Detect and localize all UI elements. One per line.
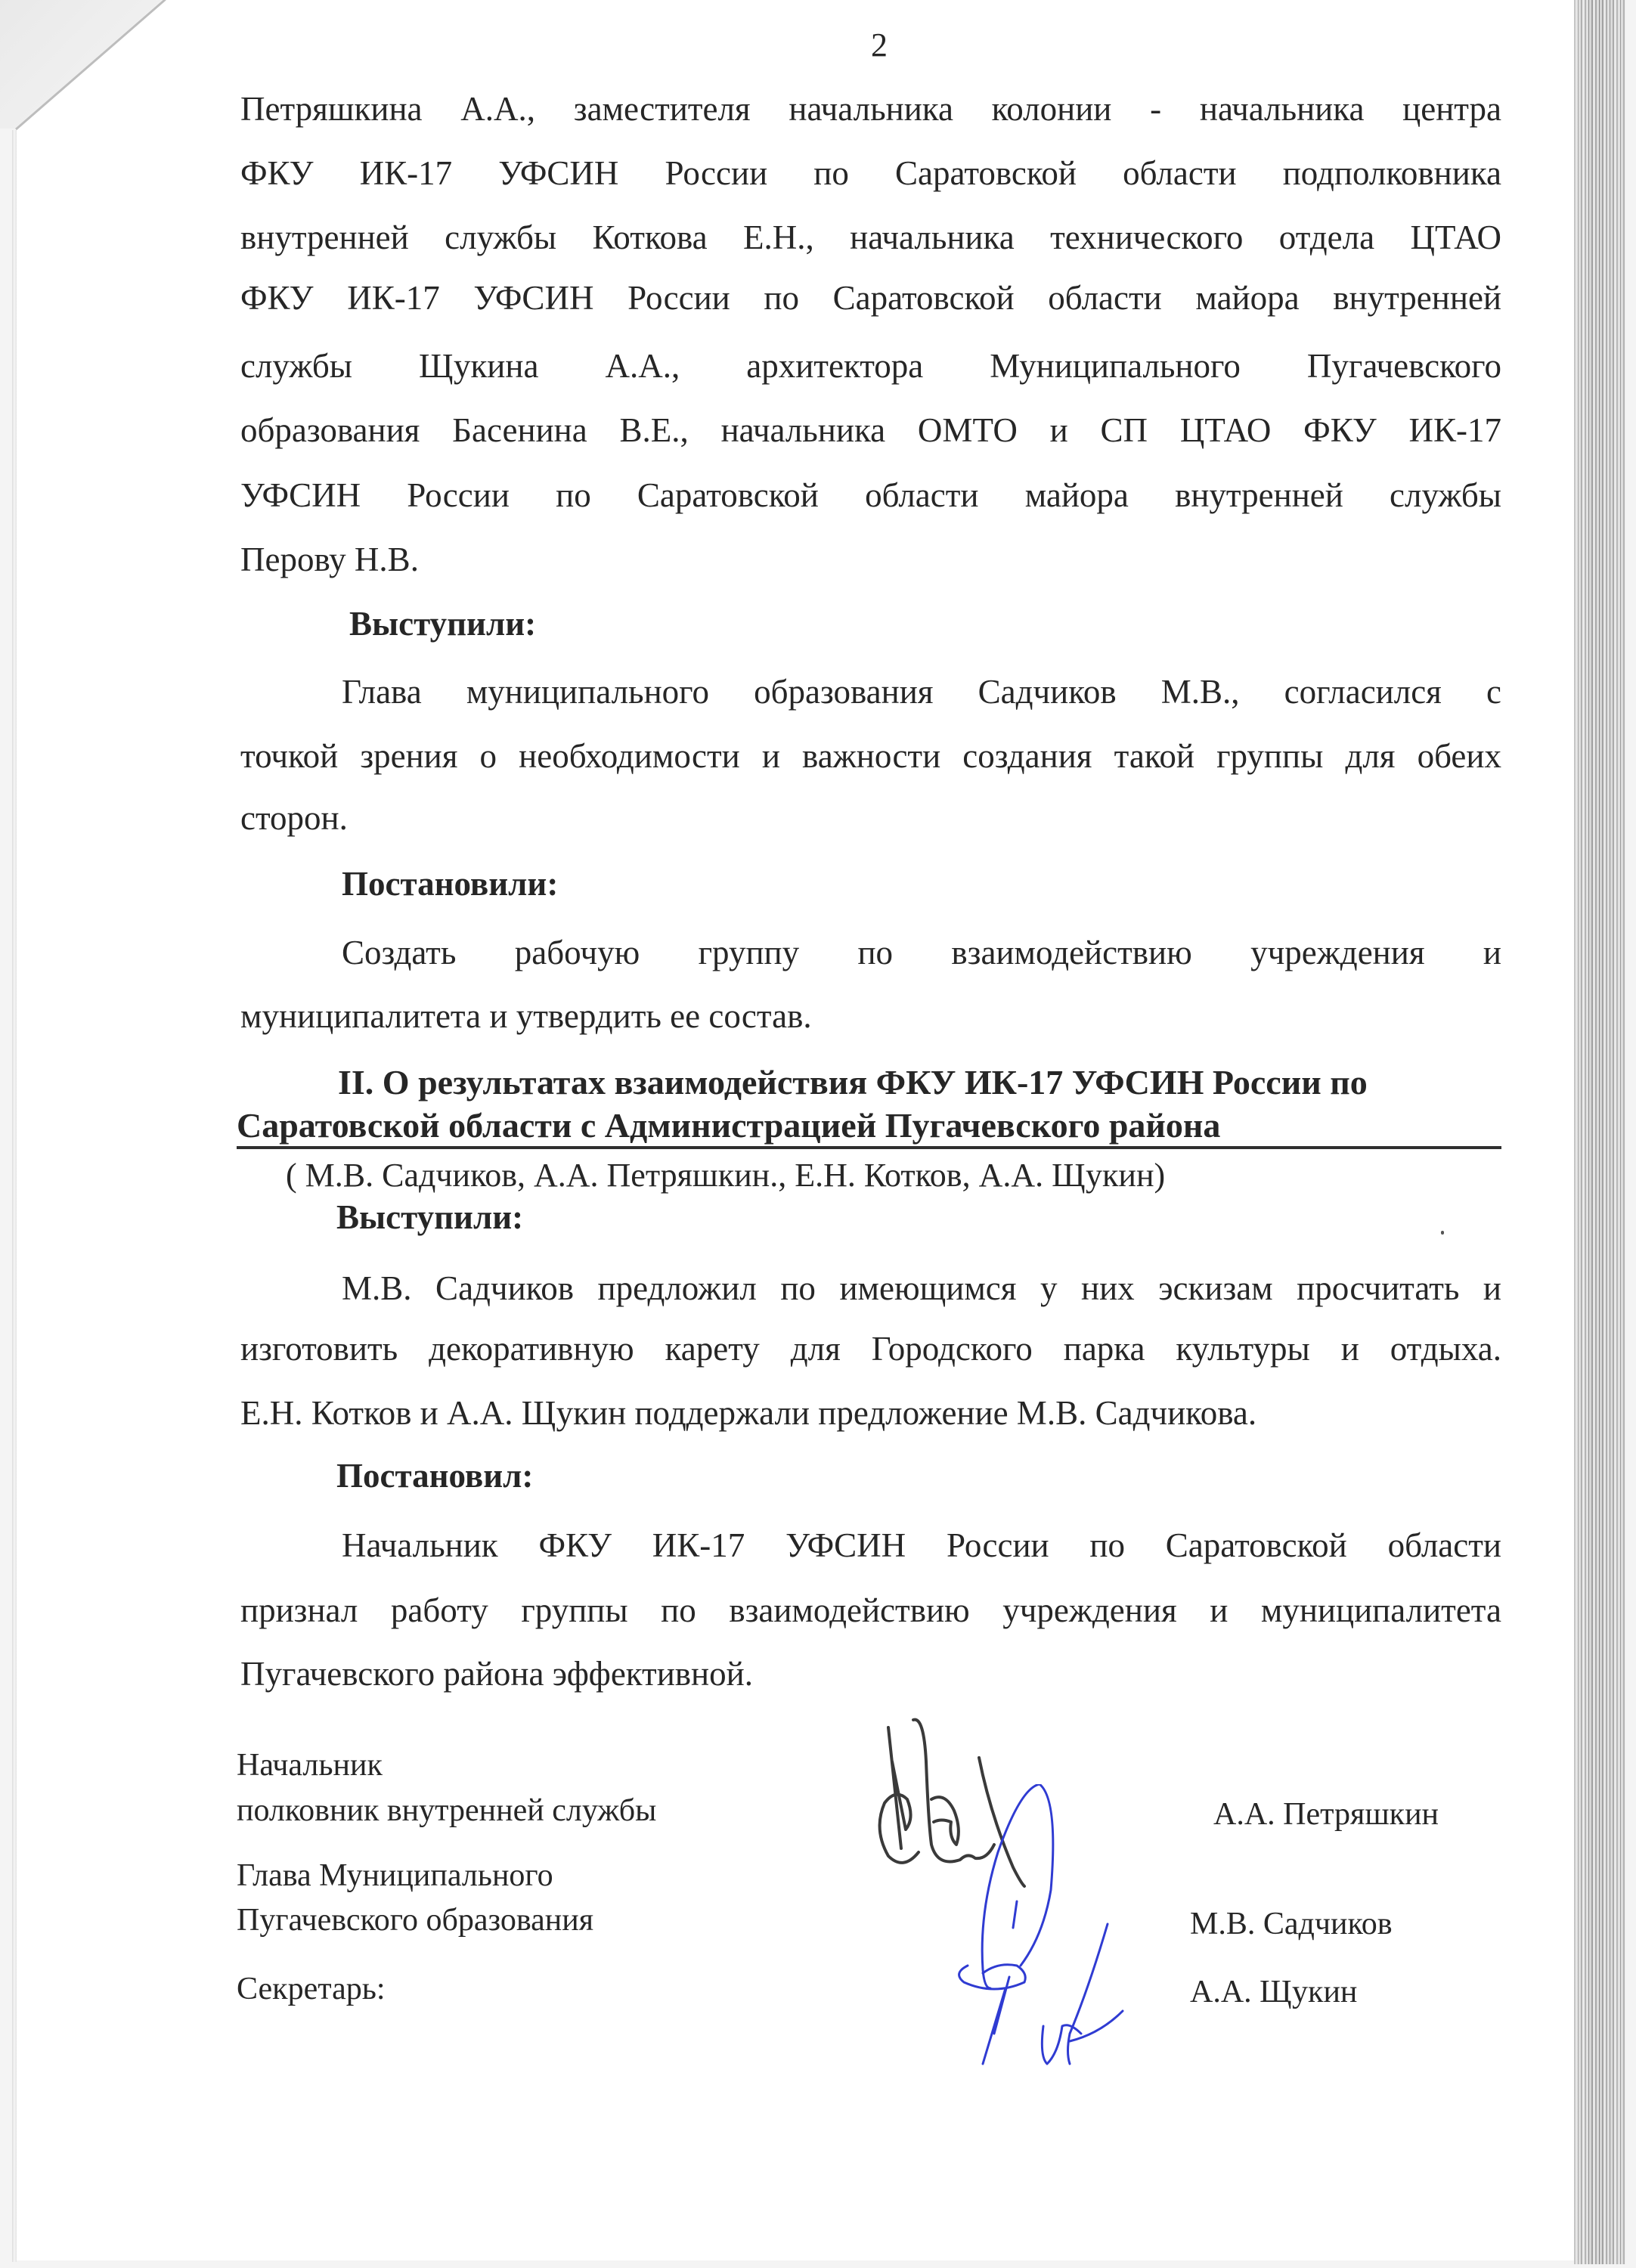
body-line: точкой зрения о необходимости и важности… (240, 739, 1501, 773)
body-line: сторон. (240, 801, 1501, 835)
body-line: Перову Н.В. (240, 543, 1501, 577)
body-line: ФКУ ИК-17 УФСИН России по Саратовской об… (240, 156, 1501, 191)
section1-spoke-label: Выступили: (349, 607, 536, 641)
body-line: Создать рабочую группу по взаимодействию… (342, 936, 1501, 970)
body-line: муниципалитета и утвердить ее состав. (240, 999, 1501, 1033)
section2-heading: II. О результатах взаимодействия ФКУ ИК-… (338, 1065, 1368, 1100)
body-line: М.В. Садчиков предложил по имеющимся у н… (342, 1272, 1501, 1306)
body-line: внутренней службы Коткова Е.Н., начальни… (240, 221, 1501, 255)
body-line: признал работу группы по взаимодействию … (240, 1594, 1501, 1628)
secretary-signature (1028, 1920, 1164, 2071)
chief-name: А.А. Петряшкин (1213, 1799, 1439, 1830)
head-title-line1: Глава Муниципального (237, 1860, 553, 1892)
body-line: изготовить декоративную карету для Город… (240, 1332, 1501, 1366)
body-line: УФСИН России по Саратовской области майо… (240, 479, 1501, 513)
head-name: М.В. Садчиков (1190, 1908, 1393, 1940)
head-title-line2: Пугачевского образования (237, 1904, 593, 1936)
section2-spoke-label: Выступили: (336, 1201, 523, 1235)
heading-underline (237, 1146, 1501, 1149)
chief-title-line1: Начальник (237, 1749, 383, 1781)
page-left-edge (12, 130, 17, 2262)
section2-heading: Саратовской области с Администрацией Пуг… (237, 1108, 1220, 1143)
secretary-name: А.А. Щукин (1190, 1976, 1357, 2008)
chief-title-line2: полковник внутренней службы (237, 1795, 656, 1826)
body-line: Пугачевского района эффективной. (240, 1657, 1501, 1691)
section2-resolved-label: Постановил: (336, 1459, 533, 1493)
body-line: образования Басенина В.Е., начальника ОМ… (240, 414, 1501, 448)
secretary-title: Секретарь: (237, 1973, 386, 2005)
body-line: ФКУ ИК-17 УФСИН России по Саратовской об… (240, 281, 1501, 315)
body-line: Е.Н. Котков и А.А. Щукин поддержали пред… (240, 1396, 1501, 1430)
body-line: Глава муниципального образования Садчико… (342, 675, 1501, 709)
paper-stack-edge (1574, 0, 1625, 2264)
scan-speck (1441, 1231, 1444, 1235)
section1-resolved-label: Постановили: (342, 867, 558, 901)
body-line: службы Щукина А.А., архитектора Муниципа… (240, 349, 1501, 383)
page-number: 2 (871, 29, 888, 62)
section2-speakers: ( М.В. Садчиков, А.А. Петряшкин., Е.Н. К… (286, 1159, 1165, 1192)
body-line: Петряшкина А.А., заместителя начальника … (240, 92, 1501, 126)
body-line: Начальник ФКУ ИК-17 УФСИН России по Сара… (342, 1529, 1501, 1563)
